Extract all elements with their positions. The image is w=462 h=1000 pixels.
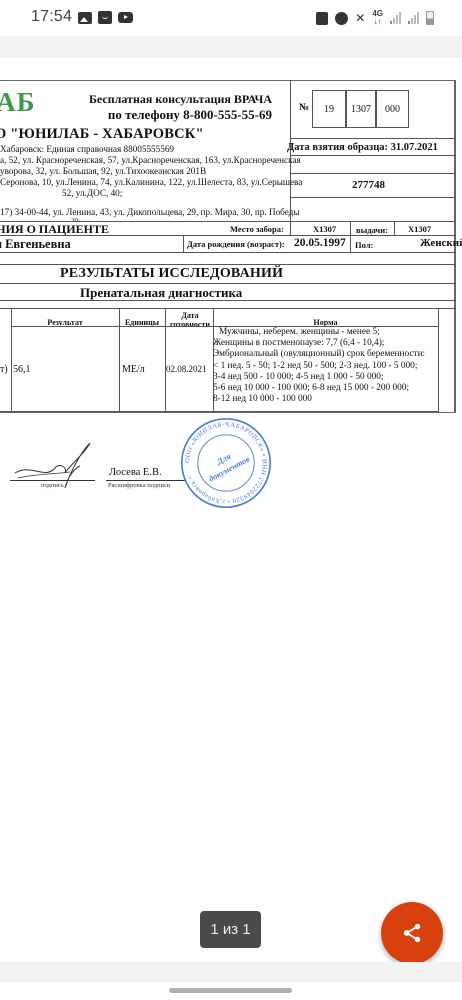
signal-2-icon [408, 12, 419, 24]
order-number-label: № [299, 102, 309, 113]
lab-result-document: ЛАБ Бесплатная консультация ВРАЧА по тел… [0, 58, 455, 578]
divider [350, 221, 351, 235]
address-line: Серонова, 10, ул.Ленина, 74, ул.Калинина… [0, 177, 302, 188]
gallery-icon [78, 12, 92, 24]
order-number-3: 000 [376, 90, 409, 128]
units-value: МЕ/л [122, 364, 145, 375]
divider [350, 235, 351, 252]
divider [290, 173, 456, 174]
org-name: О "ЮНИЛАБ - ХАБАРОВСК" [0, 126, 204, 143]
divider [183, 235, 184, 252]
alarm-icon [335, 12, 348, 25]
sex-label: Пол: [355, 240, 373, 250]
sample-id: 277748 [352, 179, 385, 191]
divider [394, 221, 395, 235]
signer-caption: Расшифровка подписи [108, 482, 170, 489]
results-title: РЕЗУЛЬТАТЫ ИССЛЕДОВАНИЙ [60, 266, 283, 282]
signature-line [10, 480, 95, 481]
collection-place: X1307 [313, 224, 336, 234]
share-icon [401, 922, 423, 944]
lab-logo: ЛАБ [0, 87, 35, 118]
norm-values: Мужчины, неберем. женщины - менее 5; Жен… [213, 327, 425, 405]
dob-value: 20.05.1997 [294, 237, 346, 249]
battery-icon [426, 11, 434, 25]
signer-line [106, 480, 186, 481]
divider [290, 155, 456, 156]
divider [0, 411, 438, 412]
sex-value: Женский [420, 237, 462, 249]
divider [0, 235, 456, 236]
address-line: 17) 34-00-44, ул. Ленина, 43, ул. Дикопо… [0, 207, 300, 218]
status-time: 17:54 [31, 8, 72, 26]
address-line: уворова, 32, ул. Большая, 92, ул.Тихооке… [0, 166, 206, 177]
patient-name: ия Евгеньевна [0, 237, 71, 252]
divider [0, 264, 456, 265]
col-divider [438, 308, 439, 412]
order-number-1: 19 [312, 90, 346, 128]
document-viewport[interactable]: ЛАБ Бесплатная консультация ВРАЧА по тел… [0, 58, 462, 943]
home-indicator[interactable] [169, 988, 292, 993]
address-line: 52, ул.ДОС, 40; [62, 188, 122, 199]
company-stamp: ООО «ЮНИЛАБ-ХАБАРОВСК» • ИНН 2722049320 … [179, 416, 273, 510]
divider [0, 308, 456, 309]
page-indicator: 1 из 1 [200, 911, 261, 948]
collection-place-label: Место забора: [230, 224, 284, 234]
youtube-icon [118, 12, 133, 23]
divider [0, 252, 456, 253]
order-number-2: 1307 [346, 90, 376, 128]
result-value: 56,1 [13, 364, 31, 375]
smile-app-icon [98, 11, 112, 24]
issue-place-label: выдачи: [356, 225, 388, 235]
address-line: Хабаровск: Единая справочная 88005555569 [0, 144, 174, 155]
vibrate-mute-icon: ✕ [355, 11, 365, 25]
test-name-fragment: т) [0, 364, 8, 375]
divider [290, 138, 456, 139]
4g-icon: 4G↓↑ [372, 10, 383, 26]
share-button[interactable] [381, 902, 443, 964]
system-icons: ✕ 4G↓↑ [316, 10, 434, 26]
signal-1-icon [390, 12, 401, 24]
address-line: а, 52, ул. Краснореченская, 57, ул.Красн… [0, 155, 301, 166]
battery-saver-icon [316, 12, 328, 25]
status-bar: 17:54 ✕ 4G↓↑ [0, 0, 462, 36]
results-subtitle: Пренатальная диагностика [80, 285, 242, 301]
divider [290, 197, 456, 198]
signature-caption: подпись [41, 482, 64, 489]
viewer-bottom-bar [0, 962, 462, 982]
consultation-banner: Бесплатная консультация ВРАЧА по телефон… [72, 92, 272, 122]
dob-label: Дата рождения (возраст): [187, 239, 285, 249]
ready-date-value: 02.08.2021 [166, 364, 207, 374]
notification-icons [78, 11, 133, 24]
sample-date: Дата взятия образца: 31.07.2021 [287, 142, 438, 153]
issue-place: X1307 [408, 224, 431, 234]
divider [0, 300, 456, 301]
divider [0, 283, 456, 284]
signer-name: Лосева Е.В. [109, 467, 162, 478]
viewer-top-bar [0, 36, 462, 58]
divider [290, 221, 291, 235]
